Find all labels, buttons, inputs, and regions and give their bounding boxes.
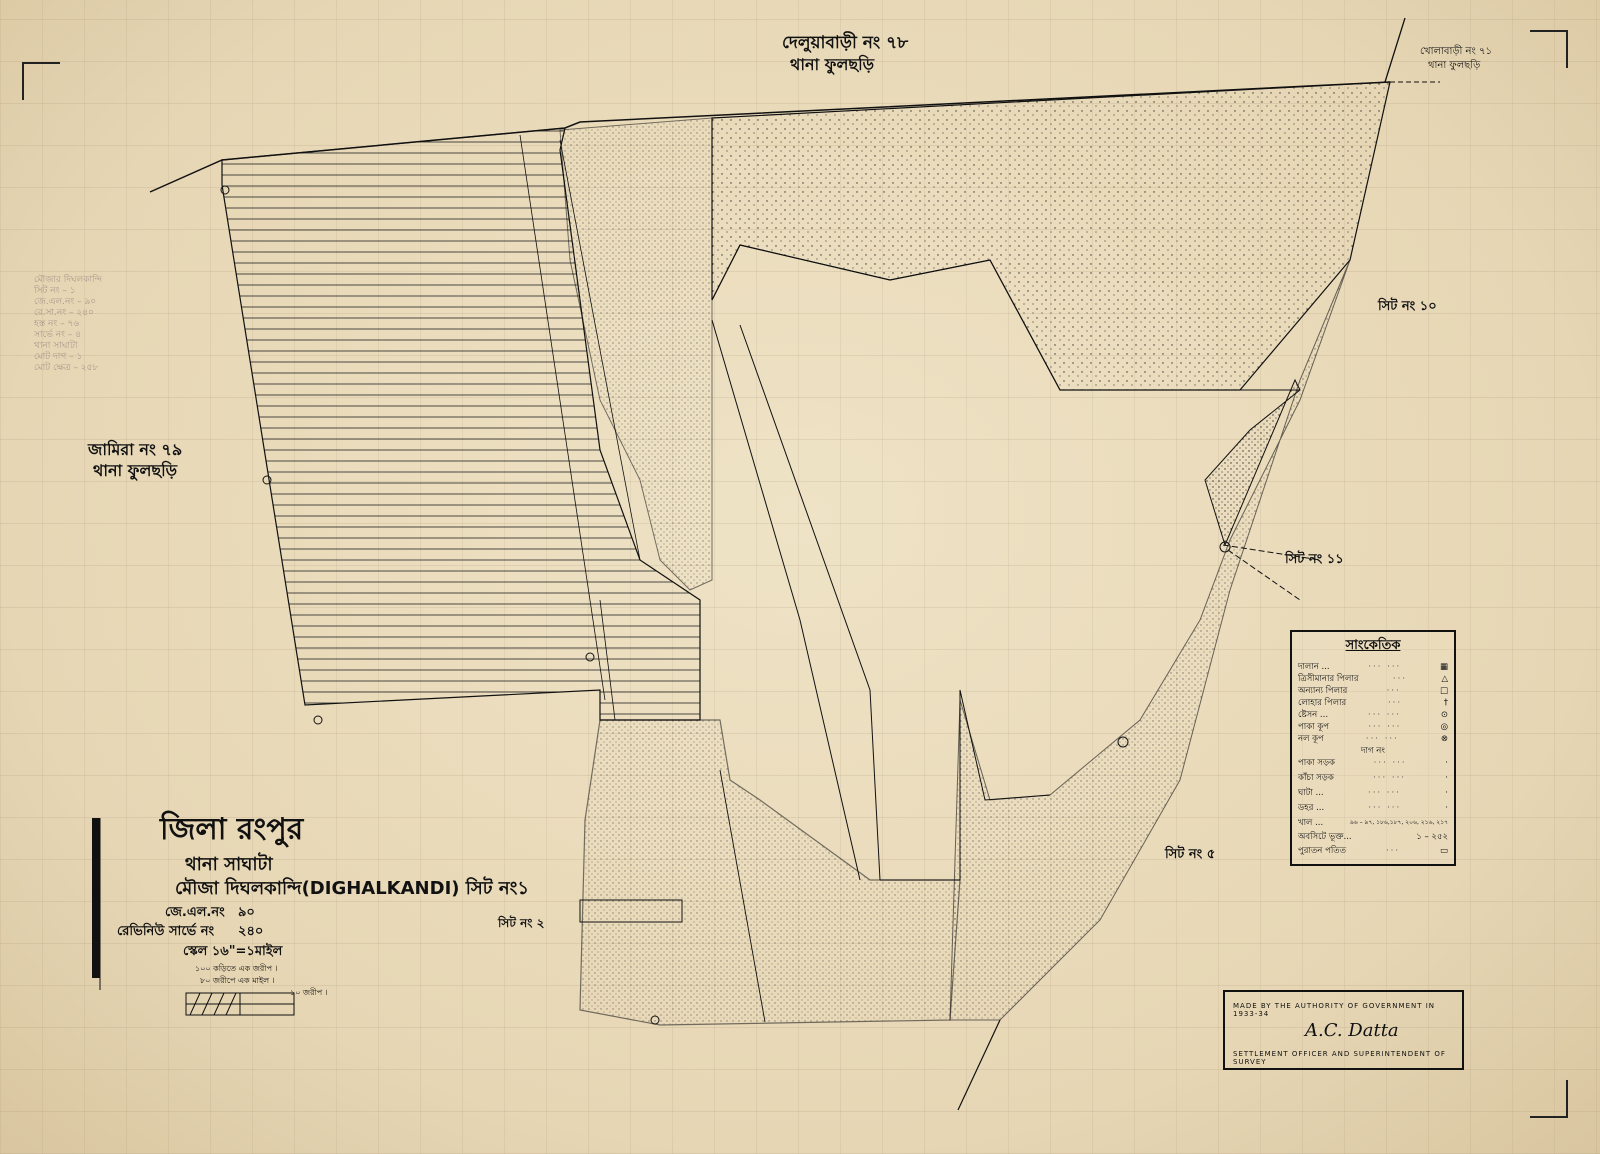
authority-line: MADE BY THE AUTHORITY OF GOVERNMENT IN 1… xyxy=(1233,1002,1462,1018)
legend-item: ত্রিসীমানার পিলার···△ xyxy=(1292,673,1454,685)
legend-item: খাল ...৯৬ – ৯৭, ১৮৬,১৮৭, ২০৬, ২১৬, ২১৭ xyxy=(1292,817,1454,831)
legend-item: পাকা সড়ক··· ···· xyxy=(1292,757,1454,772)
revenue-survey-value: ২৪০ xyxy=(238,922,263,943)
legend-label: পুরাতন পতিত xyxy=(1298,845,1346,859)
margin-note: সার্ভে নং – ৪ xyxy=(34,330,102,341)
margin-note: মোট ক্ষেত্র – ২৫৮ xyxy=(34,363,102,374)
margin-note: মোট দাগ – ১ xyxy=(34,352,102,363)
legend-item: লোহার পিলার···† xyxy=(1292,697,1454,709)
map-scale: স্কেল ১৬"=১মাইল xyxy=(183,942,282,963)
legend-item: ষ্টেসন ...··· ···⊙ xyxy=(1292,709,1454,721)
legend-label: ডহর ... xyxy=(1298,802,1324,817)
legend-label: ষ্টেসন ... xyxy=(1298,709,1328,721)
margin-note: মৌজার দিঘলকান্দি xyxy=(34,275,102,286)
other-pillar-icon: □ xyxy=(1440,685,1448,697)
district-title: জিলা রংপুর xyxy=(160,805,303,856)
tubewell-icon: ⊗ xyxy=(1441,733,1448,745)
mouza-title: মৌজা দিঘলকান্দি(DIGHALKANDI) সিট নং১ xyxy=(175,874,529,905)
station-icon: ⊙ xyxy=(1441,709,1448,721)
corner-mark-bottom-right xyxy=(1530,1080,1568,1118)
signature: A.C. Datta xyxy=(1305,1020,1399,1041)
scale-bar-label: ১০ জরীপ । xyxy=(290,987,328,1000)
legend-label: পাকা কূপ xyxy=(1298,721,1329,733)
old-fallow-icon: ▭ xyxy=(1440,845,1448,859)
title-border-bar xyxy=(92,818,100,978)
adjacent-northeast-thana: থানা ফুলছড়ি xyxy=(1428,58,1480,75)
corner-mark-top-left xyxy=(22,62,60,100)
margin-note: রে.সা.নং – ২৪০ xyxy=(34,308,102,319)
legend-item: দালান ...··· ···▦ xyxy=(1292,661,1454,673)
included-plots: ১ – ২৫২ xyxy=(1416,831,1448,845)
legend-item: অবসিটে ভূক্ত...১ – ২৫২ xyxy=(1292,831,1454,845)
building-icon: ▦ xyxy=(1440,661,1448,673)
legend-label: কাঁচা সড়ক xyxy=(1298,772,1334,787)
sheet-ref-5: সিট নং ৫ xyxy=(1165,845,1215,866)
officer-title: SETTLEMENT OFFICER AND SUPERINTENDENT OF… xyxy=(1233,1050,1462,1066)
corner-mark-top-right xyxy=(1530,30,1568,68)
revenue-survey-label: রেভিনিউ সার্ভে নং xyxy=(117,922,214,943)
trijunction-pillar-icon: △ xyxy=(1441,673,1448,685)
scale-bar xyxy=(186,993,294,1015)
legend-label: অবসিটে ভূক্ত... xyxy=(1298,831,1352,845)
sheet-ref-11: সিট নং ১১ xyxy=(1285,550,1344,571)
metalled-road-icon: · xyxy=(1445,757,1448,772)
adjacent-north-thana: থানা ফুলছড়ি xyxy=(790,52,874,79)
adjacent-west-thana: থানা ফুলছড়ি xyxy=(93,458,177,485)
margin-note: সিট নং – ১ xyxy=(34,286,102,297)
authority-box: MADE BY THE AUTHORITY OF GOVERNMENT IN 1… xyxy=(1223,990,1464,1070)
legend-label: পাকা সড়ক xyxy=(1298,757,1335,772)
legend-label: নল কূপ xyxy=(1298,733,1324,745)
legend-label: লোহার পিলার xyxy=(1298,697,1346,709)
legend-item: ডহর ...··· ···· xyxy=(1292,802,1454,817)
legend-item: পাকা কূপ··· ···◎ xyxy=(1292,721,1454,733)
legend-item: কাঁচা সড়ক··· ···· xyxy=(1292,772,1454,787)
legend-label: দালান ... xyxy=(1298,661,1330,673)
margin-notes-left: মৌজার দিঘলকান্দি সিট নং – ১ জে.এল.নং – ৯… xyxy=(34,275,102,374)
legend-item: নল কূপ··· ···⊗ xyxy=(1292,733,1454,745)
scale-note-2: ৮০ জরীপে এক মাইল । xyxy=(200,975,274,988)
plot-char-northeast xyxy=(712,82,1390,390)
legend-item: ঘাটা ...··· ···· xyxy=(1292,787,1454,802)
unmetalled-road-icon: · xyxy=(1445,772,1448,787)
sheet-ref-2: সিট নং ২ xyxy=(498,915,544,935)
margin-note: জে.এল.নং – ৯০ xyxy=(34,297,102,308)
jl-no-value: ৯০ xyxy=(238,903,255,924)
legend-item: অন্যান্য পিলার···□ xyxy=(1292,685,1454,697)
track-icon: · xyxy=(1445,802,1448,817)
masonry-well-icon: ◎ xyxy=(1441,721,1448,733)
legend-title: সাংকেতিক xyxy=(1292,636,1454,657)
plot-char-south xyxy=(580,720,960,1025)
legend-subheading: দাগ নং xyxy=(1292,745,1454,757)
legend-label: ত্রিসীমানার পিলার xyxy=(1298,673,1359,685)
sheet-ref-10: সিট নং ১০ xyxy=(1378,297,1437,318)
legend-label: অন্যান্য পিলার xyxy=(1298,685,1347,697)
legend-label: খাল ... xyxy=(1298,817,1323,831)
jl-no-label: জে.এল.নং xyxy=(165,903,225,924)
legend-label: ঘাটা ... xyxy=(1298,787,1324,802)
canal-plots: ৯৬ – ৯৭, ১৮৬,১৮৭, ২০৬, ২১৬, ২১৭ xyxy=(1350,817,1448,831)
margin-note: থানা সাঘাটা xyxy=(34,341,102,352)
map-legend: সাংকেতিক দালান ...··· ···▦ ত্রিসীমানার প… xyxy=(1290,630,1456,866)
margin-note: হস্ত নং – ৭৬ xyxy=(34,319,102,330)
plot-block-west xyxy=(222,118,712,720)
iron-pillar-icon: † xyxy=(1444,697,1448,709)
legend-item: পুরাতন পতিত···▭ xyxy=(1292,845,1454,859)
path-icon: · xyxy=(1445,787,1448,802)
